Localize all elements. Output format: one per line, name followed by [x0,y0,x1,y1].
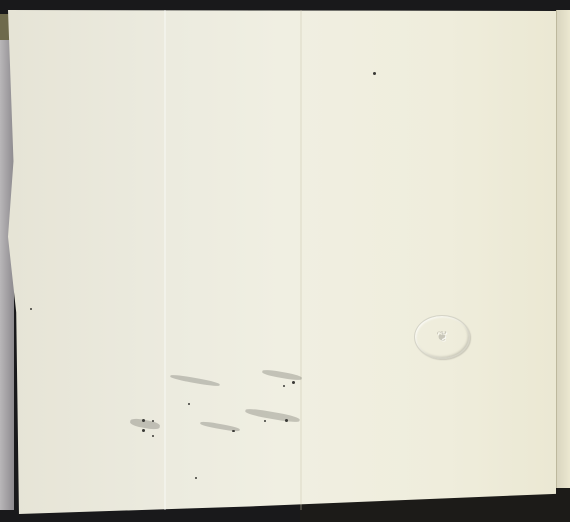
ink-speck [152,435,154,437]
ink-speck [283,385,285,387]
ink-speck [232,430,235,432]
ink-speck [188,403,190,405]
ink-speck [30,308,32,310]
adjacent-page-edge [556,10,570,488]
ink-speck [285,419,288,422]
ink-speck [292,381,295,384]
fold-crease [164,10,166,510]
fold-crease-2 [300,10,302,510]
embossed-seal-icon: ❦ [414,315,470,359]
paper-sheet [8,10,556,514]
ink-speck [142,429,145,432]
ink-speck [142,419,145,422]
seal-emblem: ❦ [436,329,448,345]
ink-speck [195,477,197,479]
ink-speck [264,420,266,422]
ink-speck [152,420,154,422]
ink-speck [373,72,376,75]
